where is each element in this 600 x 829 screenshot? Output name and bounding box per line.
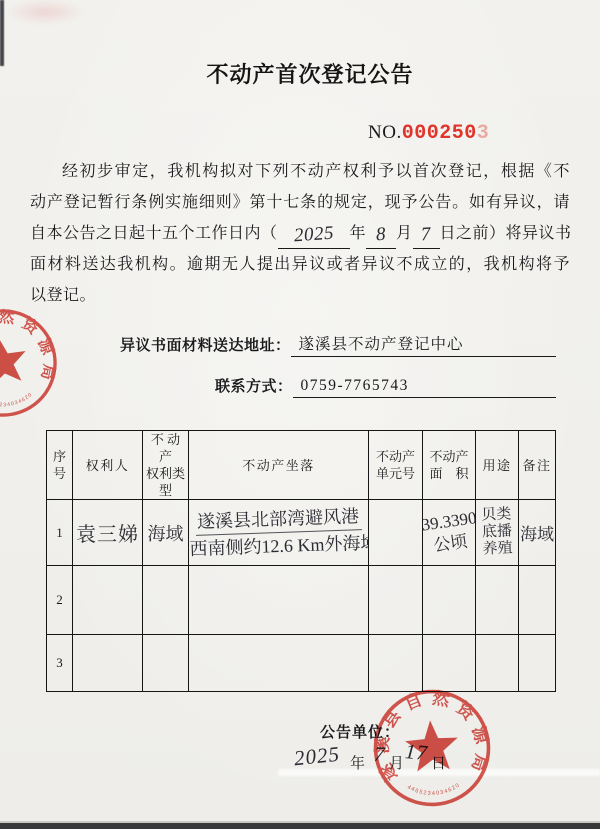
- contact-value: 0759-7765743: [293, 377, 556, 398]
- scanned-announcement-page: 不动产首次登记公告 NO.0002503 经初步审定，我机构拟对下列不动产权利予…: [0, 0, 600, 829]
- row1-owner-handwritten: 袁三娣: [76, 524, 139, 546]
- page-title: 不动产首次登记公告: [10, 58, 600, 89]
- row1-location-line2: 西南侧约12.6 Km外海域: [189, 530, 368, 562]
- notice-line-2: 动产登记暂行条例实施细则》第十七条的规定，现予公告。如有异议，请: [30, 187, 570, 218]
- number-value-faint-digit: 3: [477, 122, 490, 145]
- row1-usage-handwritten: 贝类 底播 养殖: [476, 506, 519, 558]
- row1-seq: 1: [56, 525, 63, 540]
- col-header-unit-no: 不动产 单元号: [369, 431, 423, 500]
- announcement-date: 2025 年 7 月 17 日: [0, 0, 600, 829]
- deadline-day-handwritten: 7: [420, 222, 432, 249]
- col-header-remark: 备注: [519, 431, 556, 500]
- svg-text:4465234034620: 4465234034620: [406, 781, 462, 799]
- month-unit: 月: [396, 225, 413, 242]
- deadline-year-handwritten: 2025: [293, 221, 335, 250]
- seal-star: [404, 719, 460, 773]
- delivery-address-label: 异议书面材料送达地址：: [120, 334, 291, 357]
- deadline-year-blank: 2025: [278, 222, 350, 249]
- row2-seq: 2: [56, 592, 63, 607]
- col-header-location: 不动产坐落: [189, 431, 369, 500]
- announcement-number: NO.0002503: [368, 122, 489, 145]
- number-label: NO.: [368, 122, 402, 143]
- seal-star: [0, 334, 31, 388]
- scan-edge-artifact-left: [0, 0, 4, 66]
- deadline-month-handwritten: 8: [375, 222, 387, 249]
- notice-line-3-prefix: 自本公告之日起十五个工作日内（: [30, 225, 278, 242]
- delivery-address-line: 异议书面材料送达地址： 遂溪县不动产登记中心: [120, 332, 556, 357]
- row1-location-handwritten: 遂溪县北部湾避风港 西南侧约12.6 Km外海域: [189, 503, 369, 562]
- number-value: 000250: [402, 122, 477, 145]
- notice-line-3-suffix: 日之前）将异议书: [440, 225, 572, 242]
- official-seal-right: 遂溪县自然资源局 4465234034620: [350, 666, 514, 829]
- seal-agency-text: 遂溪县自然资源局: [0, 298, 64, 403]
- col-header-right-type: 不 动 产 权利类型: [143, 431, 189, 500]
- scan-edge-artifact-bottom: [0, 823, 600, 829]
- table-row-2: 2: [47, 566, 556, 635]
- date-year-handwritten: 2025: [293, 742, 341, 772]
- row3-seq: 3: [56, 655, 63, 670]
- contact-label: 联系方式：: [215, 375, 293, 398]
- year-unit: 年: [350, 225, 367, 242]
- notice-paragraph: 经初步审定，我机构拟对下列不动产权利予以首次登记，根据《不 动产登记暂行条例实施…: [30, 156, 570, 311]
- col-header-area: 不动产 面 积: [423, 431, 476, 500]
- notice-line-1: 经初步审定，我机构拟对下列不动产权利予以首次登记，根据《不: [30, 156, 570, 187]
- delivery-address-value: 遂溪县不动产登记中心: [291, 332, 556, 357]
- table-row-1: 1 袁三娣 海域 遂溪县北部湾避风港 西南侧约12.6 Km外海域 39.339…: [47, 500, 556, 566]
- notice-line-5: 以登记。: [30, 280, 570, 311]
- svg-text:遂溪县自然资源局: 遂溪县自然资源局: [0, 298, 64, 403]
- table-header-row: 序号 权利人 不 动 产 权利类型 不动产坐落 不动产 单元号 不动产 面 积 …: [47, 431, 556, 500]
- col-header-seq: 序号: [47, 431, 73, 500]
- seal-serial-number: 4465234034620: [406, 781, 462, 799]
- row1-area-handwritten: 39.3390 公顷: [423, 507, 476, 558]
- contact-line: 联系方式： 0759-7765743: [215, 375, 556, 398]
- col-header-owner: 权利人: [73, 431, 143, 500]
- notice-line-3: 自本公告之日起十五个工作日内（2025年8月7日之前）将异议书: [30, 218, 570, 249]
- scan-smudge-top-left: [6, 0, 84, 24]
- deadline-day-blank: 7: [413, 222, 440, 249]
- registration-table: 序号 权利人 不 动 产 权利类型 不动产坐落 不动产 单元号 不动产 面 积 …: [46, 430, 556, 692]
- notice-line-4: 面材料送达我机构。逾期无人提出异议或者异议不成立的，我机构将予: [30, 249, 570, 280]
- row1-remark-handwritten: 海域: [520, 525, 554, 544]
- deadline-month-blank: 8: [366, 222, 396, 249]
- row1-right-type-handwritten: 海域: [148, 524, 184, 544]
- col-header-usage: 用途: [476, 431, 519, 500]
